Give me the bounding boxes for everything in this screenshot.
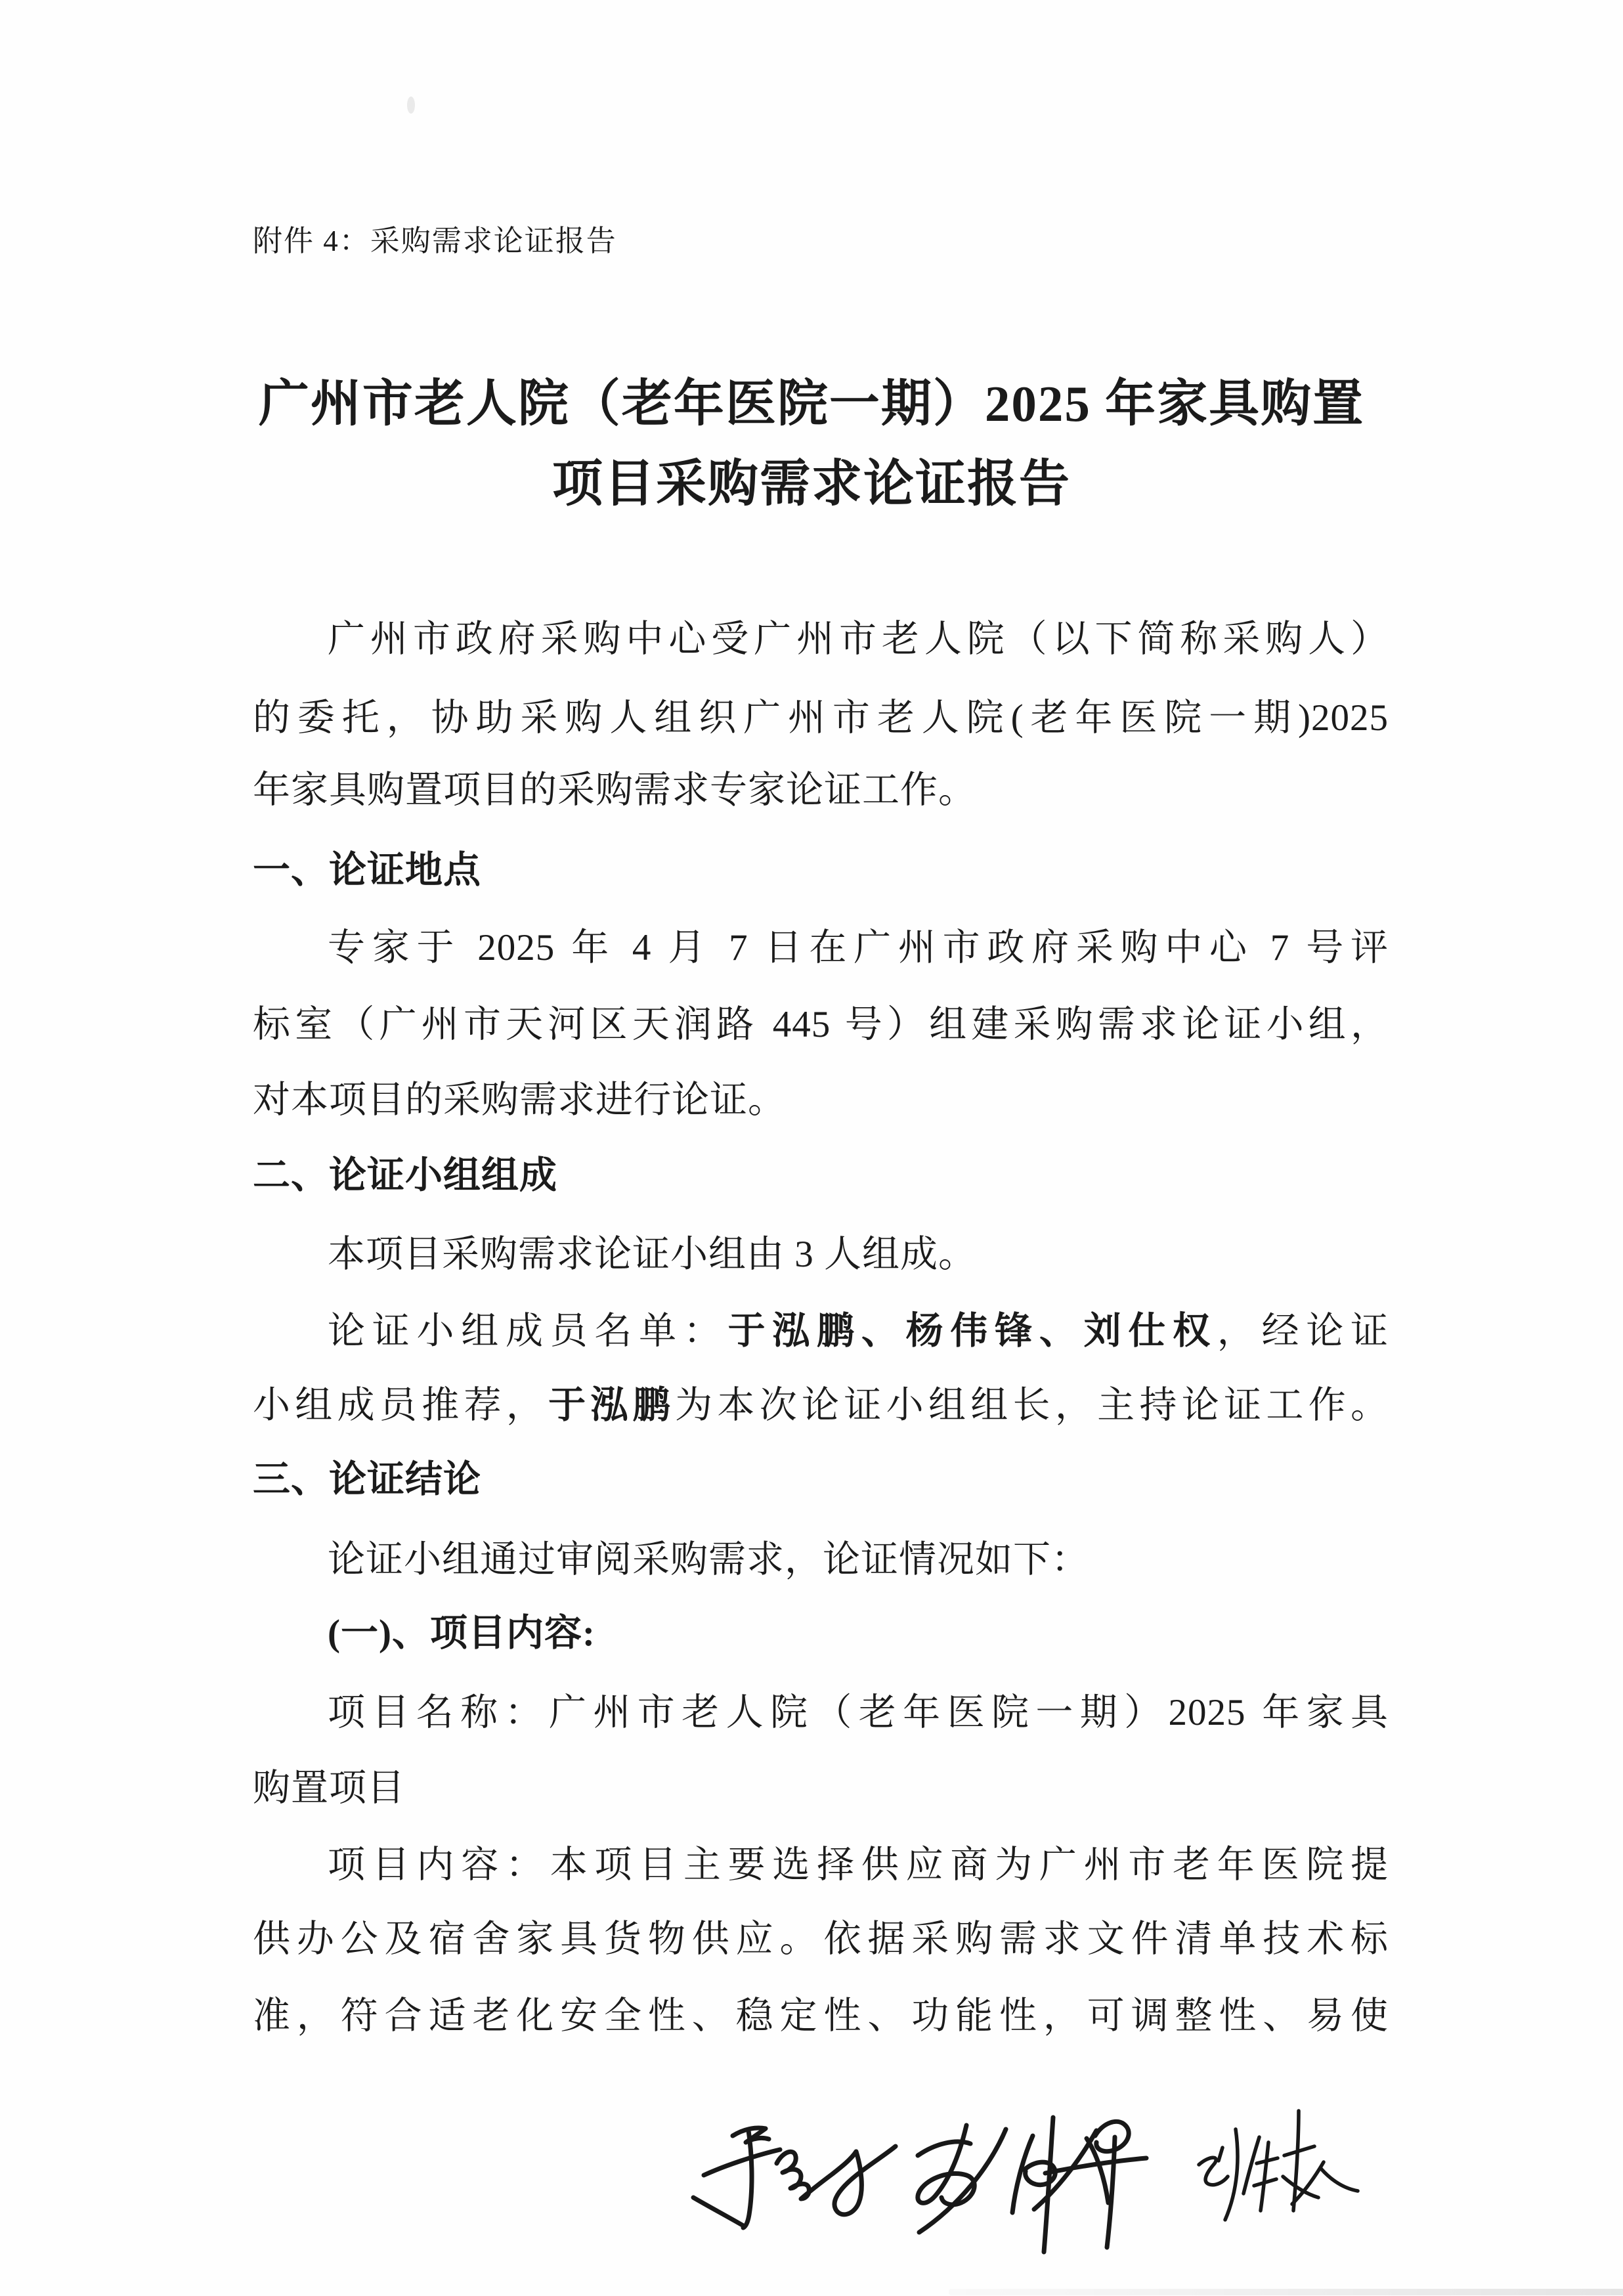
project-content-line1: 项目内容：本项目主要选择供应商为广州市老年医院提	[253, 1827, 1389, 1903]
attachment-note: 附件 4：采购需求论证报告	[253, 203, 617, 280]
section2-heading: 二、论证小组组成	[253, 1137, 1389, 1214]
intro-line3: 年家具购置项目的采购需求专家论证工作。	[253, 752, 1389, 829]
leader-post: 为本次论证小组组长，主持论证工作。	[675, 1385, 1389, 1426]
section2-line2: 论证小组成员名单：于泓鹏、杨伟锋、刘仕权，经论证	[253, 1293, 1389, 1370]
scan-edge-shadow	[949, 2289, 1623, 2295]
leader-name: 于泓鹏	[548, 1385, 675, 1426]
project-name-line1: 项目名称：广州市老人院（老年医院一期）2025 年家具	[253, 1674, 1389, 1751]
section1-line1: 专家于 2025 年 4 月 7 日在广州市政府采购中心 7 号评	[253, 909, 1389, 986]
signature-yu-hongpeng	[693, 2128, 896, 2228]
signature-liu-shiquan	[1199, 2111, 1358, 2220]
document-page: 附件 4：采购需求论证报告 广州市老人院（老年医院一期）2025 年家具购置 项…	[0, 0, 1623, 2296]
project-content-line3: 准，符合适老化安全性、稳定性、功能性，可调整性、易使	[253, 1978, 1389, 2054]
scan-smudge	[407, 97, 415, 114]
doc-title-line1: 广州市老人院（老年医院一期）2025 年家具购置	[0, 363, 1623, 444]
section2-line1: 本项目采购需求论证小组由 3 人组成。	[253, 1216, 1389, 1293]
item1-heading: (一)、项目内容:	[253, 1595, 1389, 1672]
section2-line3: 小组成员推荐，于泓鹏为本次论证小组组长，主持论证工作。	[253, 1367, 1389, 1444]
section1-line3: 对本项目的采购需求进行论证。	[253, 1062, 1389, 1138]
signatures-block	[670, 2098, 1366, 2268]
doc-title-line2: 项目采购需求论证报告	[0, 443, 1623, 525]
intro-line2: 的委托，协助采购人组织广州市老人院(老年医院一期)2025	[253, 680, 1389, 756]
project-name-line2: 购置项目	[253, 1750, 1389, 1827]
intro-line1: 广州市政府采购中心受广州市老人院（以下简称采购人）	[253, 601, 1389, 678]
members-tail: ，经论证	[1217, 1310, 1389, 1352]
section3-heading: 三、论证结论	[253, 1441, 1389, 1518]
section1-heading: 一、论证地点	[253, 832, 1389, 909]
signature-yang-weifeng	[918, 2117, 1146, 2252]
project-content-line2: 供办公及宿舍家具货物供应。依据采购需求文件清单技术标	[253, 1901, 1389, 1978]
section3-line1: 论证小组通过审阅采购需求，论证情况如下：	[253, 1521, 1389, 1598]
leader-pre: 小组成员推荐，	[253, 1385, 548, 1426]
section1-line2: 标室（广州市天河区天润路 445 号）组建采购需求论证小组，	[253, 986, 1389, 1063]
members-label: 论证小组成员名单：	[328, 1310, 728, 1352]
member-names: 于泓鹏、杨伟锋、刘仕权	[728, 1310, 1217, 1352]
